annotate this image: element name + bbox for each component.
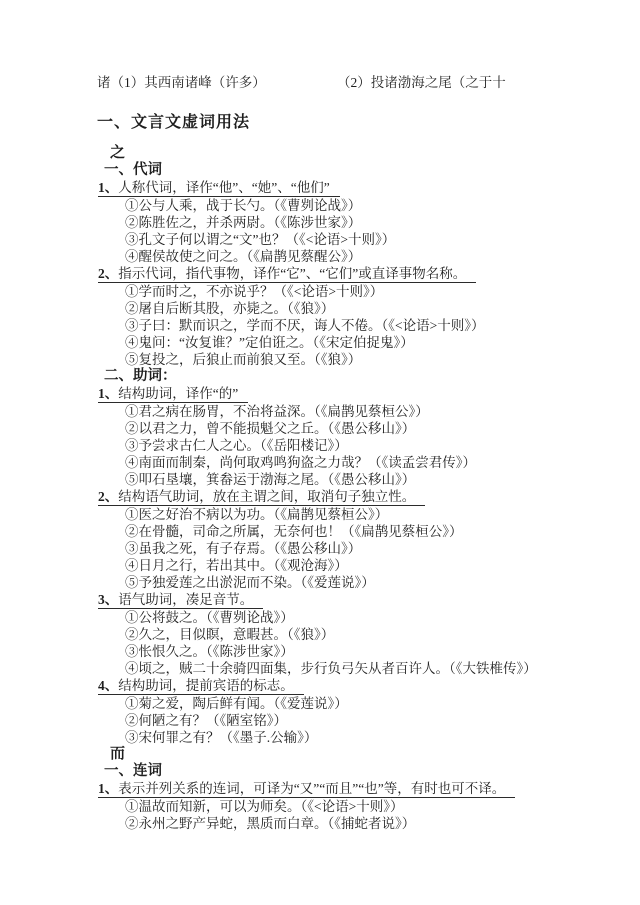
category-heading: 一、连词 [104, 763, 630, 780]
document-body: 之一、代词1、人称代词，译作“他”、“她”、“他们”①公与人乘，战于长勺。（《曹… [97, 145, 630, 832]
subsection-underline: 1、表示并列关系的连词，可译为“又”“而且”“也”等，有时也可不译。 [98, 781, 515, 798]
subsection-title: 指示代词，指代事物，译作“它”、“它们”或直译事物名称。 [118, 266, 466, 281]
example-line: ④鬼问：“汝复谁？”定伯诳之。（《宋定伯捉鬼》） [125, 334, 630, 351]
subsection-underline: 1、结构助词，译作“的” [98, 386, 248, 403]
headword: 而 [110, 746, 630, 763]
example-line: ⑤复投之，后狼止而前狼又至。（《狼》） [125, 351, 630, 368]
subsection-number: 2、 [98, 489, 118, 504]
example-line: ③予尝求古仁人之心。（《岳阳楼记》） [125, 437, 630, 454]
example-line: ①学而时之，不亦说乎？（《<论语>十则》） [125, 283, 630, 300]
subsection-title: 表示并列关系的连词，可译为“又”“而且”“也”等，有时也可不译。 [118, 781, 505, 796]
example-line: ⑤予独爱莲之出淤泥而不染。（《爱莲说》） [125, 574, 630, 591]
subsection-underline: 3、语气助词，凑足音节。 [98, 592, 263, 609]
subsection-number: 1、 [98, 781, 118, 796]
example-line: ④日月之行，若出其中。（《观沧海》） [125, 557, 630, 574]
subsection-underline: 4、结构助词，提前宾语的标志。 [98, 678, 304, 695]
document-content: 诸（1）其西南诸峰（许多） （2）投诸渤海之尾（之于十 一、文言文虚词用法 之一… [97, 74, 630, 832]
document-page: 诸（1）其西南诸峰（许多） （2）投诸渤海之尾（之于十 一、文言文虚词用法 之一… [0, 0, 640, 905]
subsection-number: 1、 [98, 386, 118, 401]
subsection-number: 4、 [98, 678, 118, 693]
subsection-number: 2、 [98, 266, 118, 281]
subsection-title: 结构助词，提前宾语的标志。 [118, 678, 294, 693]
subsection-underline: 1、人称代词，译作“他”、“她”、“他们” [98, 180, 340, 197]
word-section: 之一、代词1、人称代词，译作“他”、“她”、“他们”①公与人乘，战于长勺。（《曹… [97, 145, 630, 746]
example-line: ④醒侯故使之问之。（《扁鹊见蔡醒公》） [125, 248, 630, 265]
example-line: ③孔文子何以谓之“文”也？（《<论语>十则》） [125, 231, 630, 248]
subsection-heading: 1、表示并列关系的连词，可译为“又”“而且”“也”等，有时也可不译。 [98, 780, 630, 798]
example-line: ②屠自后断其股，亦毙之。（《狼》） [125, 300, 630, 317]
example-line: ②在骨髓，司命之所属，无奈何也！（《扁鹊见蔡桓公》） [125, 523, 630, 540]
subsection-number: 3、 [98, 592, 118, 607]
example-line: ②何陋之有？（《陋室铭》） [125, 712, 630, 729]
subsection-number: 1、 [98, 180, 118, 195]
headword: 之 [110, 145, 630, 162]
page-title: 一、文言文虚词用法 [97, 113, 630, 133]
example-line: ②以君之力，曾不能损魁父之丘。（《愚公移山》） [125, 420, 630, 437]
subsection-title: 人称代词，译作“他”、“她”、“他们” [118, 180, 329, 195]
example-line: ⑤叩石垦壤，箕畚运于渤海之尾。（《愚公移山》） [125, 471, 630, 488]
category-heading: 一、代词 [104, 162, 630, 179]
example-line: ②久之，目似瞑，意暇甚。（《狼》） [125, 626, 630, 643]
subsection-heading: 4、结构助词，提前宾语的标志。 [98, 677, 630, 695]
example-line: ④南面而制秦，尚何取鸡鸣狗盗之力哉？（《读孟尝君传》） [125, 454, 630, 471]
subsection-title: 结构语气助词，放在主谓之间，取消句子独立性。 [118, 489, 415, 504]
example-line: ①公与人乘，战于长勺。（《曹刿论战》） [125, 197, 630, 214]
subsection-heading: 3、语气助词，凑足音节。 [98, 591, 630, 609]
example-line: ④顷之，贼二十余骑四面集，步行负弓矢从者百许人。（《大铁椎传》） [125, 660, 630, 677]
example-line: ③宋何罪之有？（《墨子.公输》） [125, 729, 630, 746]
subsection-title: 结构助词，译作“的” [118, 386, 238, 401]
category-heading: 二、助词： [104, 368, 630, 385]
subsection-heading: 2、结构语气助词，放在主谓之间，取消句子独立性。 [98, 488, 630, 506]
top-line-right: （2）投诸渤海之尾（之于十 [337, 74, 506, 91]
example-line: ①公将鼓之。（《曹刿论战》） [125, 609, 630, 626]
example-line: ②永州之野产异蛇，黑质而白章。（《捕蛇者说》） [125, 815, 630, 832]
example-line: ②陈胜佐之，并杀两尉。（《陈涉世家》） [125, 214, 630, 231]
top-line: 诸（1）其西南诸峰（许多） （2）投诸渤海之尾（之于十 [97, 74, 630, 91]
subsection-heading: 1、人称代词，译作“他”、“她”、“他们” [98, 179, 630, 197]
subsection-title: 语气助词，凑足音节。 [118, 592, 253, 607]
word-section: 而一、连词1、表示并列关系的连词，可译为“又”“而且”“也”等，有时也可不译。①… [97, 746, 630, 832]
subsection-underline: 2、结构语气助词，放在主谓之间，取消句子独立性。 [98, 489, 425, 506]
subsection-heading: 1、结构助词，译作“的” [98, 385, 630, 403]
example-line: ③子曰：默而识之，学而不厌，诲人不倦。（《<论语>十则》） [125, 317, 630, 334]
top-line-left: 诸（1）其西南诸峰（许多） [97, 75, 266, 90]
example-line: ①医之好治不病以为功。（《扁鹊见蔡桓公》） [125, 506, 630, 523]
example-line: ①温故而知新，可以为师矣。（《<论语>十则》） [125, 798, 630, 815]
subsection-underline: 2、指示代词，指代事物，译作“它”、“它们”或直译事物名称。 [98, 266, 476, 283]
example-line: ①君之病在肠胃，不治将益深。（《扁鹊见蔡桓公》） [125, 403, 630, 420]
example-line: ③虽我之死，有子存焉。（《愚公移山》） [125, 540, 630, 557]
example-line: ①菊之爱，陶后鲜有闻。（《爱莲说》） [125, 695, 630, 712]
subsection-heading: 2、指示代词，指代事物，译作“它”、“它们”或直译事物名称。 [98, 265, 630, 283]
example-line: ③怅恨久之。（《陈涉世家》） [125, 643, 630, 660]
